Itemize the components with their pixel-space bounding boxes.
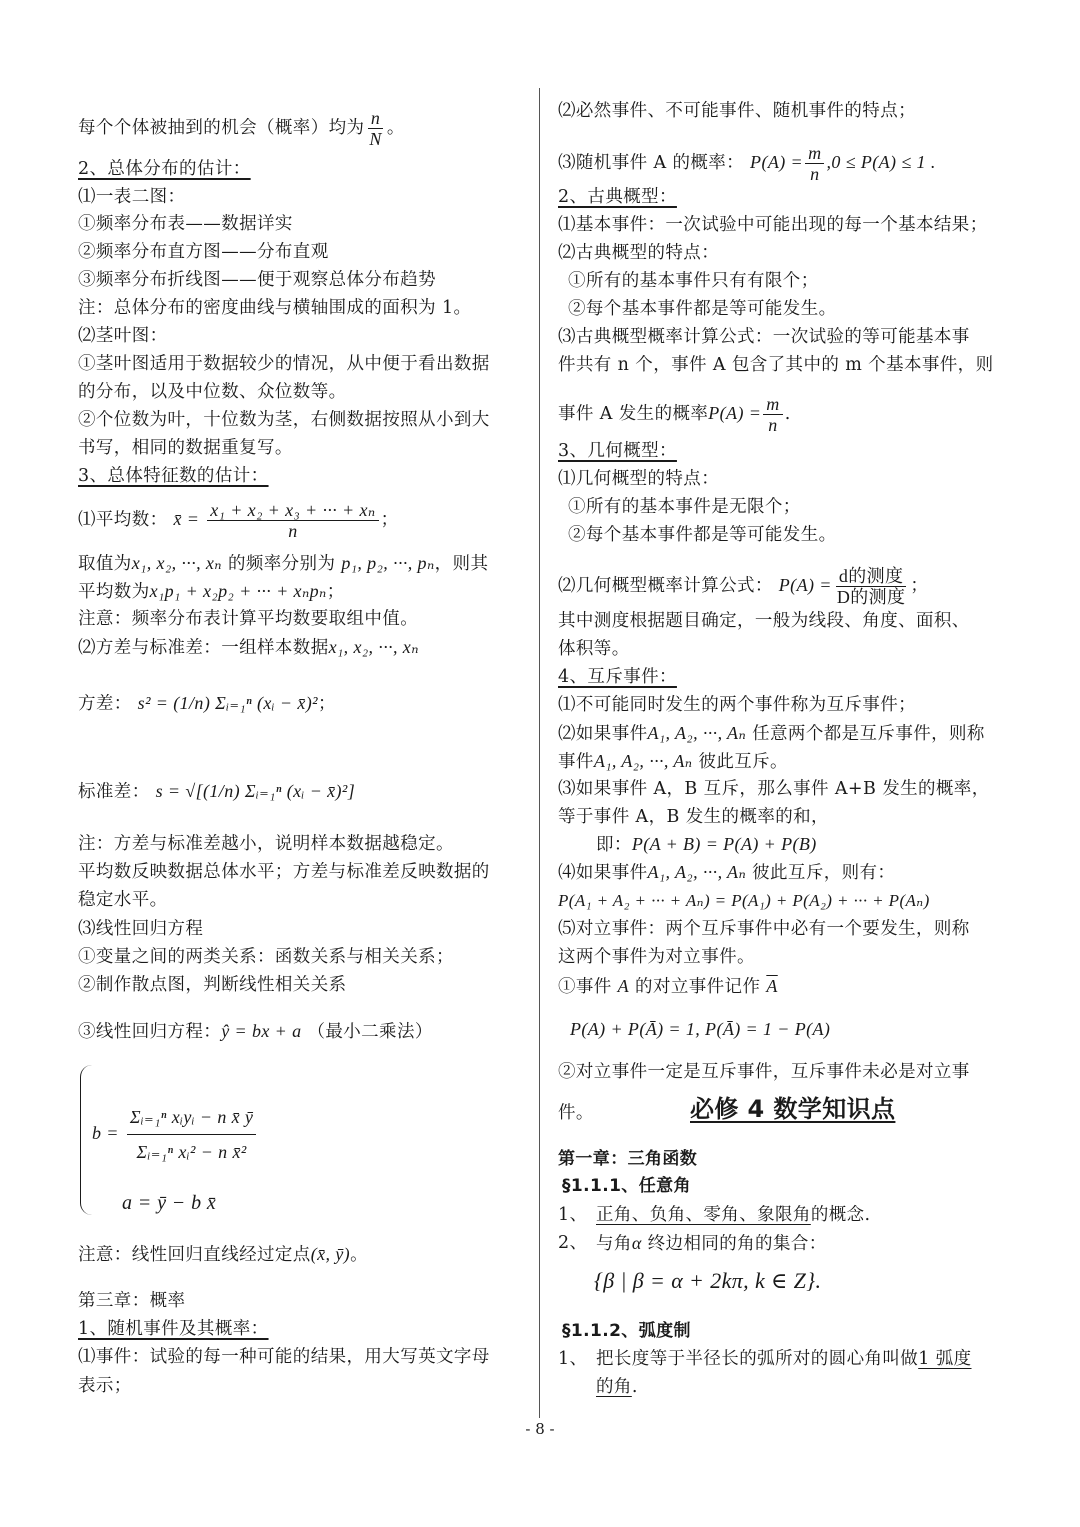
- formula: A: [766, 976, 777, 996]
- text: ；: [910, 576, 928, 596]
- text: 的频率分别为: [228, 554, 335, 574]
- text: ；: [318, 694, 336, 714]
- fraction: mn: [763, 394, 782, 435]
- text: ；: [327, 582, 345, 602]
- text-line: 取值为x₁, x₂, ···, xₙ 的频率分别为 p₁, p₂, ···, p…: [78, 552, 488, 575]
- formula: A₁, A₂, ···, Aₙ: [594, 751, 693, 771]
- text: 事件 A 发生的概率: [558, 404, 708, 424]
- section-heading: 3、几何概型：: [558, 440, 677, 462]
- list-item: 1、 正角、负角、零角、象限角的概念.: [558, 1204, 587, 1226]
- list-number: 2、: [558, 1233, 587, 1253]
- text-line: 事件A₁, A₂, ···, Aₙ 彼此互斥。: [558, 750, 788, 773]
- section-heading: 3、总体特征数的估计：: [78, 465, 269, 487]
- numerator: n: [368, 108, 383, 129]
- text-line: 的分布，以及中位数、众位数等。: [78, 381, 347, 403]
- list-number: 1、: [558, 1349, 587, 1369]
- text-line: ⑴基本事件：一次试验中可能出现的每一个基本结果；: [558, 214, 988, 236]
- formula: ŷ = bx + a: [221, 1021, 301, 1041]
- text-line: ②个位数为叶，十位数为茎，右侧数据按照从小到大: [78, 409, 490, 431]
- text-line: ②频率分布直方图——分布直观: [78, 241, 329, 263]
- text: 取值为: [78, 554, 132, 574]
- fraction: mn: [805, 143, 824, 184]
- formula: P(A + B) = P(A) + P(B): [632, 834, 817, 854]
- text-line: ⑴几何概型的特点：: [558, 468, 719, 490]
- text-line: ⑶如果事件 A，B 互斥，那么事件 A+B 发生的概率，: [558, 778, 990, 800]
- chapter-heading: 第一章：三角函数: [558, 1148, 697, 1170]
- underlined-term: 1 弧度: [918, 1349, 971, 1369]
- fraction: nN: [366, 108, 384, 149]
- regression-line: ③线性回归方程：ŷ = bx + a （最小二乘法）: [78, 1020, 433, 1043]
- fraction: d的测度D的测度: [834, 566, 909, 607]
- text-line: ②每个基本事件都是等可能发生。: [568, 524, 837, 546]
- variance-formula-line: 方差： s² = (1/n) Σᵢ₌₁ⁿ (xᵢ − x̄)²；: [78, 692, 336, 715]
- subsection-heading: §1.1.2、弧度制: [562, 1320, 691, 1342]
- formula: b =: [92, 1123, 119, 1143]
- text: ⑶随机事件 A 的概率：: [558, 153, 744, 173]
- text: ⑵如果事件: [558, 724, 648, 744]
- text: ⑷如果事件: [558, 863, 648, 883]
- column-divider: [539, 88, 540, 1418]
- text-line: ②对立事件一定是互斥事件，互斥事件未必是对立事: [558, 1061, 970, 1083]
- formula-line: P(A) + P(Ā) = 1, P(Ā) = 1 − P(A): [570, 1018, 830, 1041]
- formula: s = √[(1/n) Σᵢ₌₁ⁿ (xᵢ − x̄)²]: [156, 781, 356, 801]
- denominator: n: [765, 415, 780, 435]
- formula: A₁, A₂, ···, Aₙ: [648, 862, 747, 882]
- formula: A: [618, 976, 629, 996]
- text-line: ⑶随机事件 A 的概率： P(A) =mn,0 ≤ P(A) ≤ 1 .: [558, 143, 936, 184]
- text-line: 体积等。: [558, 638, 630, 660]
- text-line: ⑵如果事件A₁, A₂, ···, Aₙ 任意两个都是互斥事件，则称: [558, 722, 985, 745]
- text-line: 注：总体分布的密度曲线与横轴围成的面积为 1。: [78, 297, 471, 319]
- numerator: m: [763, 394, 782, 415]
- numerator: x₁ + x₂ + x₃ + ··· + xₙ: [207, 500, 378, 521]
- text: ⑵方差与标准差：一组样本数据: [78, 638, 329, 658]
- text-line: ①频率分布表——数据详实: [78, 213, 293, 235]
- text-line: ⑴不可能同时发生的两个事件称为互斥事件；: [558, 694, 916, 716]
- text-line: ①事件 A 的对立事件记作 A: [558, 975, 778, 998]
- formula: s² = (1/n) Σᵢ₌₁ⁿ (xᵢ − x̄)²: [138, 693, 318, 713]
- page-number: - 8 -: [0, 1420, 1080, 1438]
- formula: P(A) =: [779, 575, 832, 595]
- chapter-heading: 第三章：概率: [78, 1290, 185, 1312]
- formula: x̄ =: [173, 509, 199, 529]
- text-line: ⑶线性回归方程: [78, 918, 203, 940]
- formula: P(A) =: [750, 152, 803, 172]
- formula: α: [632, 1233, 642, 1253]
- formula: a = ȳ − b x̄: [122, 1192, 216, 1214]
- denominator: Σᵢ₌₁ⁿ xᵢ² − n x̄²: [134, 1135, 250, 1169]
- text-line: 稳定水平。: [78, 889, 168, 911]
- numerator: Σᵢ₌₁ⁿ xᵢyᵢ − n x̄ ȳ: [127, 1100, 256, 1135]
- denominator: n: [285, 521, 300, 541]
- text-line: 的角.: [596, 1376, 638, 1398]
- text: 的概念.: [811, 1205, 871, 1225]
- label: ⑴平均数：: [78, 510, 168, 530]
- text-line: ⑴事件：试验的每一种可能的结果，用大写英文字母: [78, 1346, 490, 1368]
- set-formula: {β | β = α + 2kπ, k ∈ Z}.: [594, 1270, 821, 1294]
- text: 的对立事件记作: [635, 977, 760, 997]
- text-line: ①茎叶图适用于数据较少的情况，从中便于看出数据: [78, 353, 490, 375]
- text: ；: [381, 510, 399, 530]
- text-line: 每个个体被抽到的机会（概率）均为nN。: [78, 108, 405, 149]
- text: 平均数为: [78, 582, 150, 602]
- list-item: 1、 把长度等于半径长的弧所对的圆心角叫做1 弧度: [558, 1348, 587, 1370]
- text: 彼此互斥，则有：: [752, 863, 895, 883]
- text-line: 平均数反映数据总体水平；方差与标准差反映数据的: [78, 861, 490, 883]
- formula: x₁, x₂, ···, xₙ: [132, 553, 222, 573]
- list-number: 1、: [558, 1205, 587, 1225]
- text-line: ③频率分布折线图——便于观察总体分布趋势: [78, 269, 436, 291]
- text-line: ①所有的基本事件只有有限个；: [568, 270, 819, 292]
- text-line: 注意：线性回归直线经过定点(x̄, ȳ)。: [78, 1243, 368, 1266]
- formula: P(A) =: [708, 403, 761, 423]
- text-line: 平均数为x₁p₁ + x₂p₂ + ··· + xₙpₙ；: [78, 580, 345, 603]
- text-line: ①所有的基本事件是无限个；: [568, 496, 801, 518]
- text: .: [632, 1377, 638, 1397]
- text: 事件: [558, 752, 594, 772]
- b-formula: b = Σᵢ₌₁ⁿ xᵢyᵢ − n x̄ ȳΣᵢ₌₁ⁿ xᵢ² − n x̄²: [92, 1100, 258, 1169]
- text: 把长度等于半径长的弧所对的圆心角叫做: [596, 1349, 918, 1369]
- text-line: 这两个事件为对立事件。: [558, 946, 755, 968]
- text-line: 件共有 n 个，事件 A 包含了其中的 m 个基本事件，则: [558, 354, 993, 376]
- formula: (x̄, ȳ): [311, 1244, 350, 1264]
- text: 任意两个都是互斥事件，则称: [752, 724, 985, 744]
- denominator: n: [807, 164, 822, 184]
- text-line: ②每个基本事件都是等可能发生。: [568, 298, 837, 320]
- text-line: ⑸对立事件：两个互斥事件中必有一个要发生，则称: [558, 918, 970, 940]
- formula: p₁, p₂, ···, pₙ: [341, 553, 434, 573]
- text-line: ⑷如果事件A₁, A₂, ···, Aₙ 彼此互斥，则有：: [558, 861, 895, 884]
- text-line: 即：P(A + B) = P(A) + P(B): [596, 833, 817, 856]
- formula: {β | β = α + 2kπ, k ∈ Z}.: [594, 1268, 821, 1293]
- text-line: 表示；: [78, 1375, 132, 1397]
- text-line: ⑴一表二图：: [78, 186, 185, 208]
- formula: x₁, x₂, ···, xₙ: [329, 637, 419, 657]
- text-line: 其中测度根据题目确定，一般为线段、角度、面积、: [558, 610, 970, 632]
- a-formula: a = ȳ − b x̄: [122, 1192, 216, 1215]
- subsection-heading: §1.1.1、任意角: [562, 1175, 691, 1197]
- section-heading: 2、古典概型：: [558, 186, 677, 208]
- formula: ,0 ≤ P(A) ≤ 1 .: [826, 152, 935, 172]
- numerator: m: [805, 143, 824, 164]
- text: ，则其: [435, 554, 489, 574]
- numerator: d的测度: [836, 566, 907, 587]
- underlined-term: 的角: [596, 1377, 632, 1397]
- text: 每个个体被抽到的机会（概率）均为: [78, 118, 364, 138]
- text-line: ⑵方差与标准差：一组样本数据x₁, x₂, ···, xₙ: [78, 636, 419, 659]
- underlined-term: 正角、负角、零角、象限角: [596, 1205, 811, 1225]
- text: 与角: [596, 1234, 632, 1254]
- text-line: ⑶古典概型概率计算公式：一次试验的等可能基本事: [558, 326, 970, 348]
- text: ③线性回归方程：: [78, 1022, 221, 1042]
- text: （最小二乘法）: [307, 1022, 432, 1042]
- text-line: ⑵茎叶图：: [78, 325, 168, 347]
- label: 方差：: [78, 694, 132, 714]
- text: 彼此互斥。: [698, 752, 788, 772]
- text: 。: [350, 1245, 368, 1265]
- text: .: [785, 404, 791, 424]
- label: 标准差：: [78, 782, 150, 802]
- std-formula-line: 标准差： s = √[(1/n) Σᵢ₌₁ⁿ (xᵢ − x̄)²]: [78, 780, 355, 803]
- text-line: 注：方差与标准差越小，说明样本数据越稳定。: [78, 833, 454, 855]
- fraction: x₁ + x₂ + x₃ + ··· + xₙn: [207, 500, 378, 541]
- formula: P(A) + P(Ā) = 1, P(Ā) = 1 − P(A): [570, 1019, 830, 1039]
- denominator: N: [366, 129, 384, 149]
- text: 注意：线性回归直线经过定点: [78, 1245, 311, 1265]
- text-line: ②制作散点图，判断线性相关关系: [78, 974, 347, 996]
- formula: A₁, A₂, ···, Aₙ: [648, 723, 747, 743]
- text-line: 等于事件 A，B 发生的概率的和，: [558, 806, 829, 828]
- denominator: D的测度: [834, 587, 909, 607]
- text-line: 事件 A 发生的概率P(A) =mn.: [558, 394, 791, 435]
- formula: P(A₁ + A₂ + ··· + Aₙ) = P(A₁) + P(A₂) + …: [558, 891, 930, 910]
- text: ①事件: [558, 977, 612, 997]
- section-heading: 2、总体分布的估计：: [78, 158, 251, 180]
- formula-line: P(A₁ + A₂ + ··· + Aₙ) = P(A₁) + P(A₂) + …: [558, 890, 930, 912]
- text-line: 书写，相同的数据重复写。: [78, 437, 293, 459]
- text-line: ⑵必然事件、不可能事件、随机事件的特点；: [558, 100, 916, 122]
- formula: x₁p₁ + x₂p₂ + ··· + xₙpₙ: [150, 581, 327, 601]
- page-title: 必修 4 数学知识点: [690, 1098, 895, 1120]
- text-line: ⑵古典概型的特点：: [558, 242, 719, 264]
- text: ⑵几何概型概率计算公式：: [558, 576, 773, 596]
- text-line: ⑵几何概型概率计算公式： P(A) =d的测度D的测度；: [558, 566, 928, 607]
- fraction: Σᵢ₌₁ⁿ xᵢyᵢ − n x̄ ȳΣᵢ₌₁ⁿ xᵢ² − n x̄²: [127, 1100, 256, 1169]
- section-heading: 1、随机事件及其概率：: [78, 1318, 269, 1340]
- text-line: 件。: [558, 1102, 594, 1124]
- mean-formula-line: ⑴平均数： x̄ = x₁ + x₂ + x₃ + ··· + xₙn；: [78, 500, 399, 541]
- text-line: 注意：频率分布表计算平均数要取组中值。: [78, 608, 418, 630]
- section-heading: 4、互斥事件：: [558, 666, 677, 688]
- text: 。: [387, 118, 405, 138]
- text: 即：: [596, 835, 632, 855]
- text-line: ①变量之间的两类关系：函数关系与相关关系；: [78, 946, 454, 968]
- text: 终边相同的角的集合：: [648, 1234, 827, 1254]
- list-item: 2、 与角α 终边相同的角的集合：: [558, 1232, 587, 1254]
